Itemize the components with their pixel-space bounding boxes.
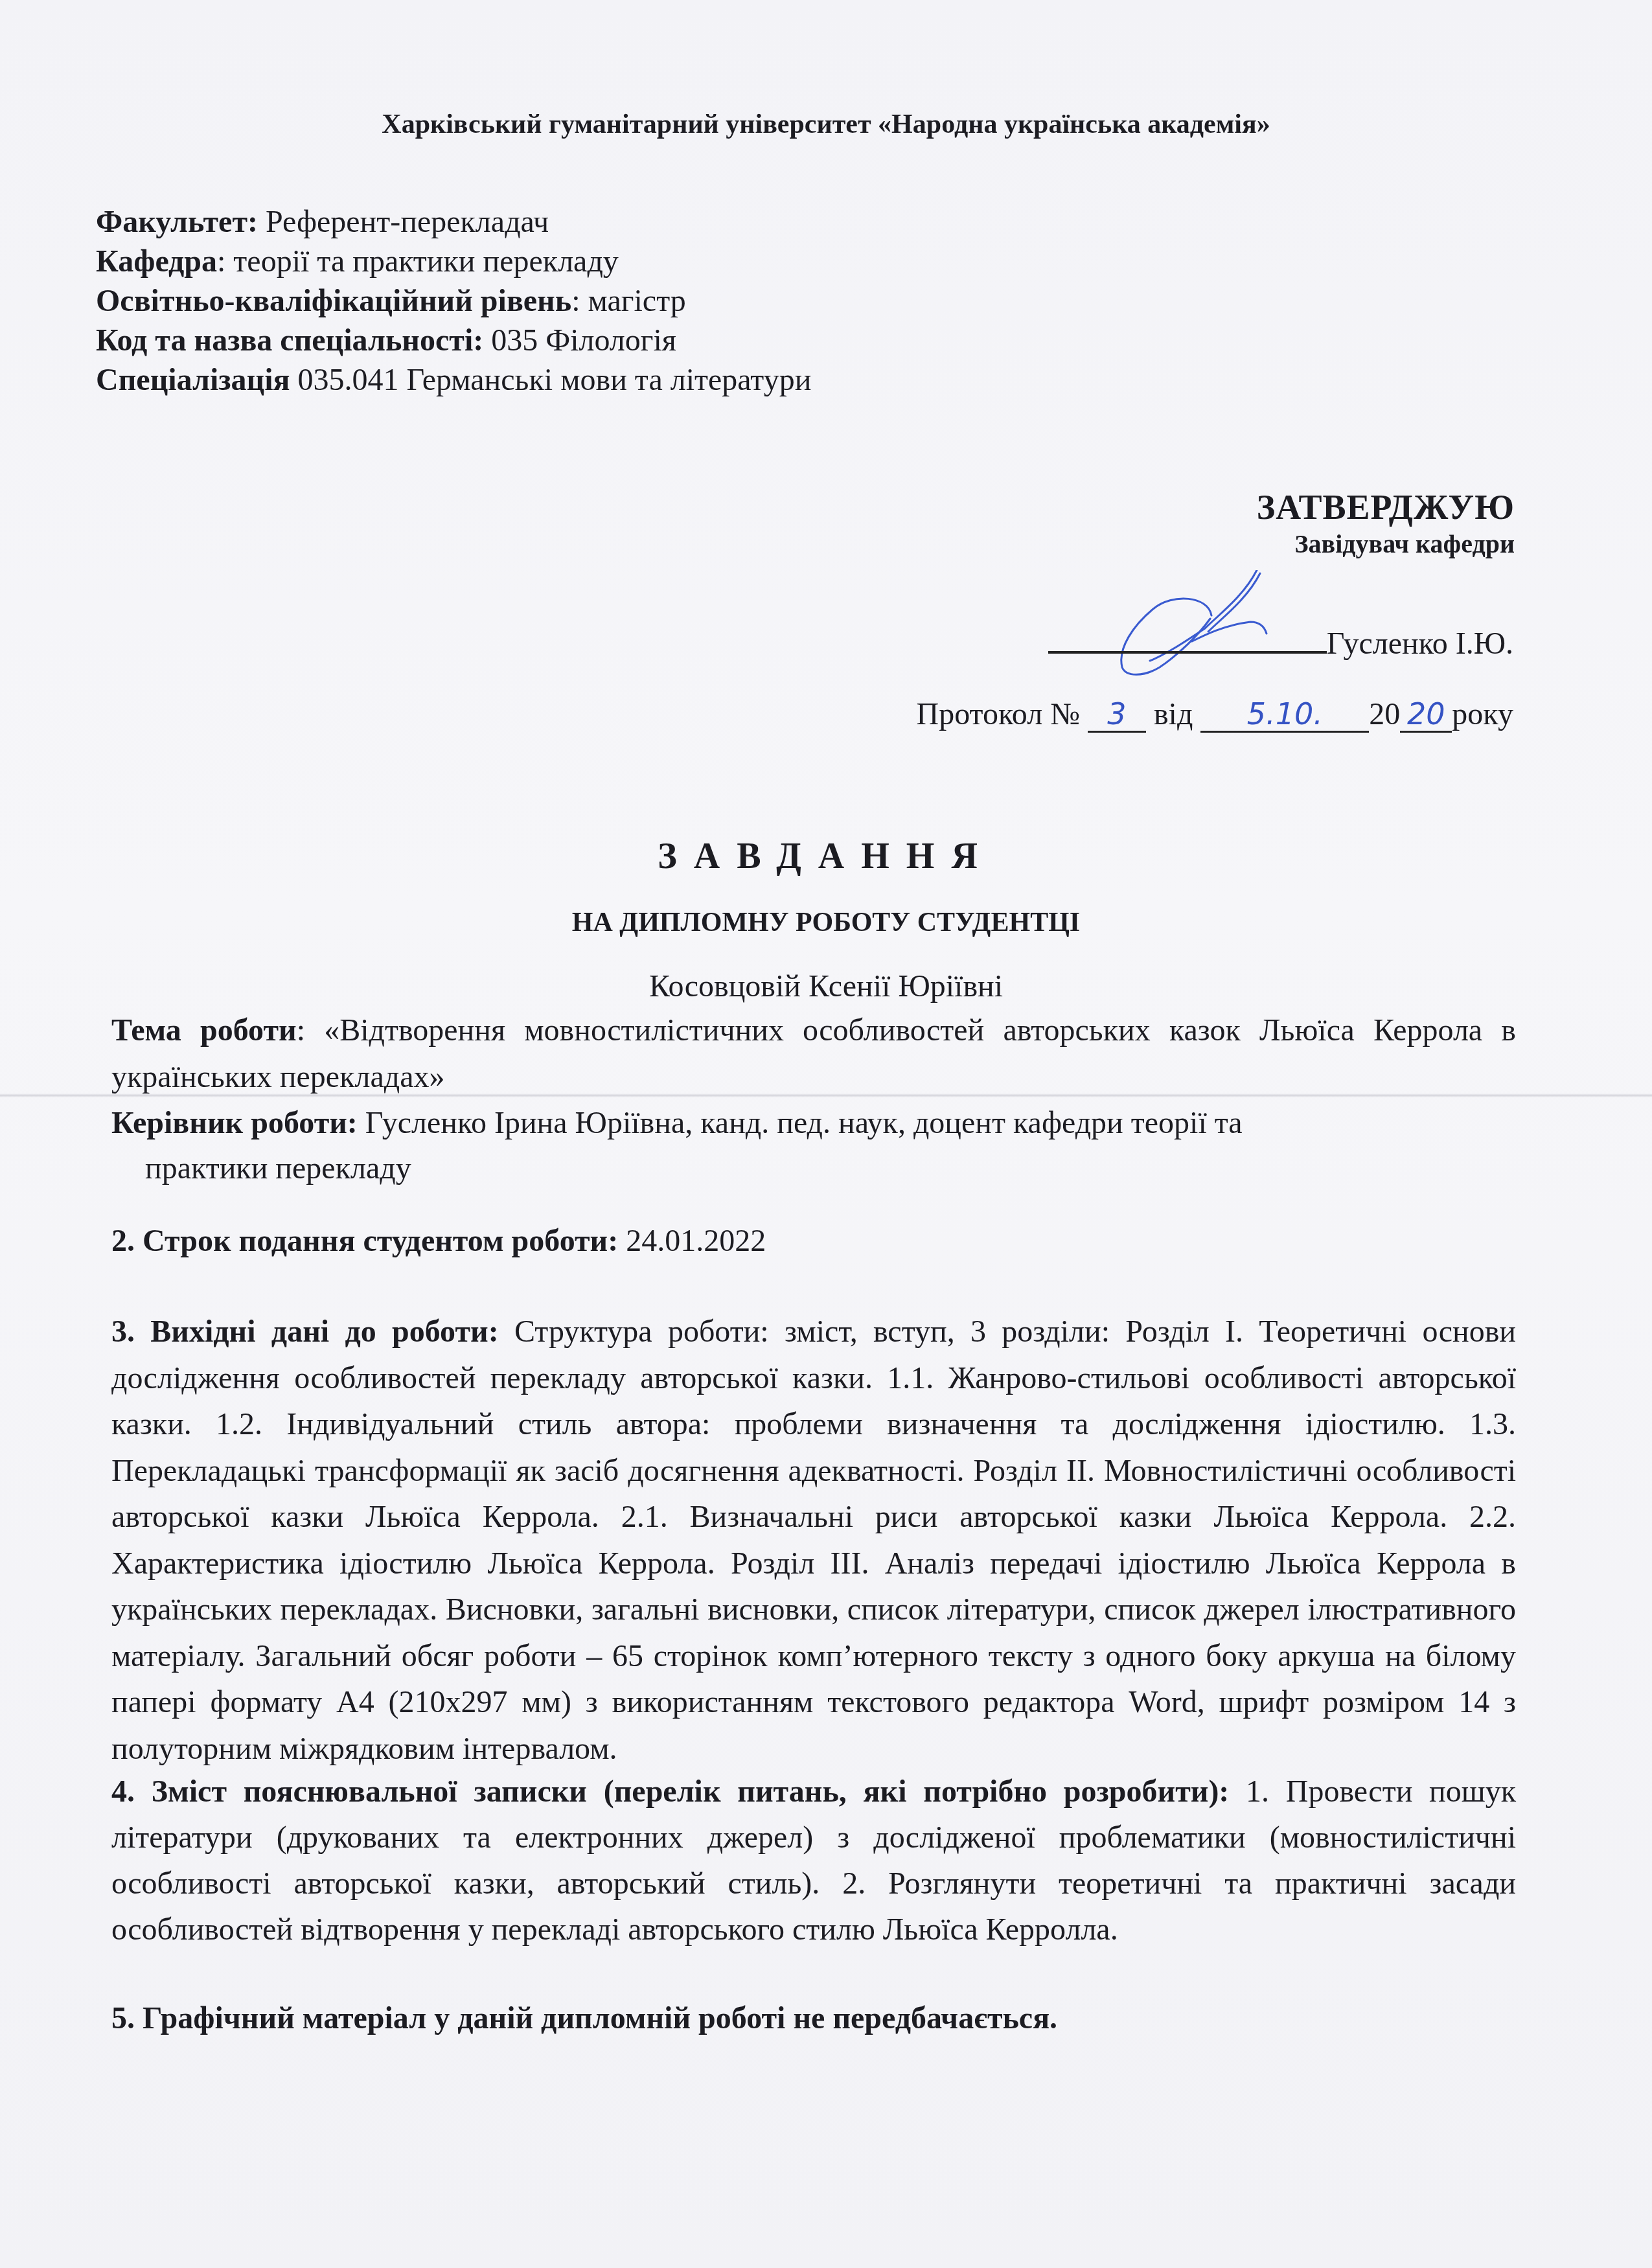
field-value: : теорії та практики перекладу [217, 244, 619, 279]
field-label: Спеціалізація [96, 363, 290, 397]
graphic-material-label: 5. Графічний матеріал у даній дипломній … [111, 2001, 1057, 2035]
header-fields: Факультет: Референт-перекладач Кафедра: … [96, 202, 811, 400]
task-title: ЗАВДАННЯ [0, 836, 1652, 877]
signer-name: Гусленко І.Ю. [1327, 626, 1513, 661]
signature-row: Гусленко І.Ю. [1048, 619, 1513, 661]
protocol-row: Протокол № 3 від 5.10.2020року [917, 696, 1513, 733]
thesis-topic: Тема роботи: «Відтворення мовностилістич… [111, 1007, 1516, 1101]
submission-deadline: 2. Строк подання студентом роботи: 24.01… [111, 1218, 1516, 1265]
field-label: Факультет: [96, 205, 258, 239]
task-subtitle: НА ДИПЛОМНУ РОБОТУ СТУДЕНТЦІ [0, 907, 1652, 938]
year-suffix: 20 [1400, 697, 1452, 733]
from-label: від [1154, 697, 1193, 731]
topic-label: Тема роботи [111, 1013, 297, 1048]
deadline-value: 24.01.2022 [618, 1224, 766, 1258]
field-value: 035 Філологія [483, 323, 676, 358]
approval-position: Завідувач кафедри [1257, 529, 1515, 559]
thesis-supervisor: Керівник роботи: Гусленко Ірина Юріївна,… [111, 1101, 1516, 1191]
explanatory-note-label: 4. Зміст пояснювальної записки (перелік … [111, 1774, 1229, 1809]
field-value: Референт-перекладач [258, 205, 549, 239]
supervisor-label: Керівник роботи: [111, 1106, 358, 1140]
deadline-label: 2. Строк подання студентом роботи: [111, 1224, 618, 1258]
field-qualification-level: Освітньо-кваліфікаційний рівень: магістр [96, 281, 811, 321]
field-label: Освітньо-кваліфікаційний рівень [96, 284, 571, 318]
field-department: Кафедра: теорії та практики перекладу [96, 242, 811, 281]
year-prefix: 20 [1369, 697, 1400, 731]
student-name: Косовцовій Ксенії Юріївні [0, 968, 1652, 1004]
approval-heading: ЗАТВЕРДЖУЮ [1257, 487, 1515, 527]
initial-data-label: 3. Вихідні дані до роботи: [111, 1314, 499, 1349]
field-faculty: Факультет: Референт-перекладач [96, 202, 811, 242]
approval-block: ЗАТВЕРДЖУЮ Завідувач кафедри [1257, 487, 1515, 559]
graphic-material-section: 5. Графічний матеріал у даній дипломній … [111, 1995, 1516, 2042]
protocol-date: 5.10. [1200, 697, 1369, 733]
protocol-label: Протокол № [917, 697, 1080, 731]
supervisor-text: Гусленко Ірина Юріївна, канд. пед. наук,… [358, 1106, 1243, 1140]
university-title: Харківський гуманітарний університет «На… [0, 109, 1652, 140]
field-label: Код та назва спеціальності: [96, 323, 483, 358]
scanned-page: Харківський гуманітарний університет «На… [0, 0, 1652, 2268]
signature-line [1048, 619, 1327, 654]
initial-data-text: Структура роботи: зміст, вступ, 3 розділ… [111, 1314, 1516, 1766]
year-label: року [1452, 697, 1513, 731]
field-value: : магістр [571, 284, 686, 318]
field-value: 035.041 Германські мови та літератури [290, 363, 812, 397]
field-specialization: Спеціалізація 035.041 Германські мови та… [96, 360, 811, 400]
protocol-number: 3 [1088, 697, 1146, 733]
topic-text: : «Відтворення мовностилістичних особлив… [111, 1013, 1516, 1094]
explanatory-note-section: 4. Зміст пояснювальної записки (перелік … [111, 1769, 1516, 1953]
initial-data-section: 3. Вихідні дані до роботи: Структура роб… [111, 1309, 1516, 1772]
field-label: Кафедра [96, 244, 217, 279]
supervisor-text-continued: практики перекладу [111, 1146, 1516, 1191]
field-specialty: Код та назва спеціальності: 035 Філологі… [96, 321, 811, 360]
